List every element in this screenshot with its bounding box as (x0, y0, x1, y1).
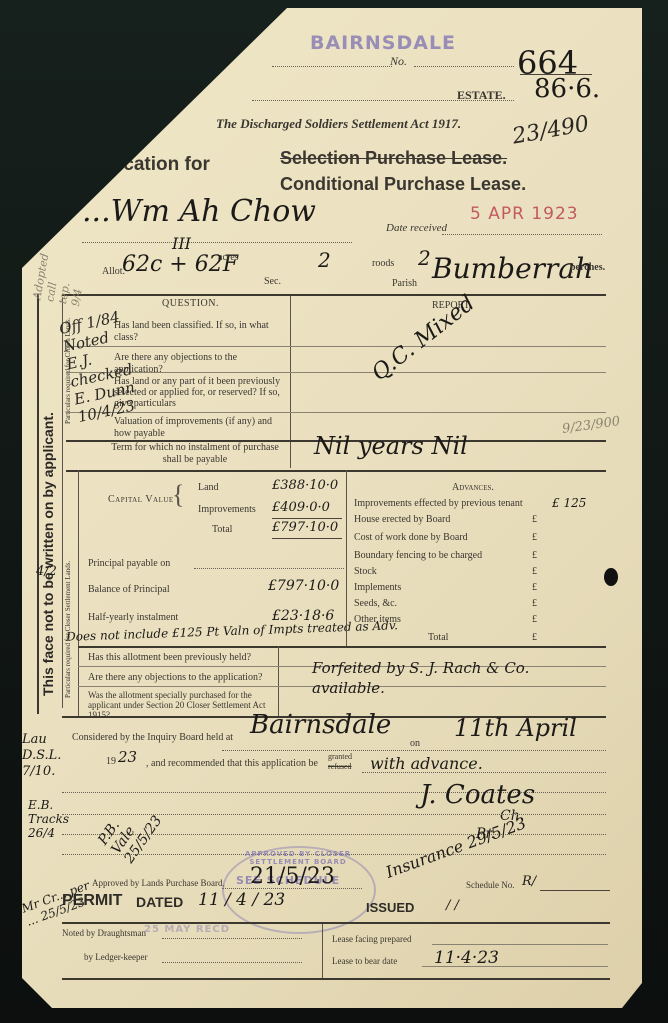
half-yearly-label: Half-yearly instalment (88, 612, 178, 623)
sec-value: III (172, 234, 191, 253)
margin-note-mrcr: Mr Cr... per ... 25/5/23 (20, 875, 105, 929)
advance-label-2: Cost of work done by Board (354, 532, 468, 543)
approved-date: 21/5/23 (250, 864, 335, 889)
advance-label-4: Stock (354, 566, 377, 577)
advance-label-7: Other items (354, 614, 401, 625)
bairnsdale-stamp: BAIRNSDALE (310, 32, 456, 54)
dated-label: DATED (136, 894, 183, 910)
advance-value-7: £ (532, 614, 537, 625)
lease-bear-date-value: 11·4·23 (434, 948, 499, 968)
acres-value: 2 (318, 248, 331, 272)
report-answer-term: Nil years Nil (314, 432, 468, 460)
schedule-value: R/ (522, 874, 536, 889)
no-label: No. (390, 54, 407, 69)
question-row-1: Has land been classified. If so, in what… (114, 320, 286, 344)
approved-label: Approved by Lands Purchase Board, (92, 878, 225, 888)
granted-option: granted (328, 752, 352, 761)
considered-label: Considered by the Inquiry Board held at (72, 732, 233, 743)
advance-value-0: £ 125 (552, 496, 586, 510)
roods-label: roods (372, 258, 394, 269)
perches-label: perches. (570, 262, 605, 273)
total-label: Total (212, 524, 232, 535)
title-main: Conditional Purchase Lease. (280, 174, 526, 195)
title-struck: Selection Purchase Lease. (280, 148, 507, 169)
advances-header: Advances. (452, 482, 494, 493)
land-value: £388·10·0 (272, 478, 338, 493)
recommended-label: , and recommended that this application … (146, 758, 318, 769)
question-row-5: Term for which no instalment of purchase… (102, 442, 288, 466)
balance-value: £797·10·0 (268, 578, 339, 594)
advance-label-6: Seeds, &c. (354, 598, 397, 609)
advances-total-label: Total (428, 632, 448, 643)
sec-label: Sec. (264, 276, 281, 287)
total-value: £797·10·0 (272, 520, 338, 535)
ledger-label: by Ledger-keeper (84, 952, 148, 962)
dated-value: 11 / 4 / 23 (198, 890, 285, 910)
estate-value: 86·6. (534, 74, 600, 104)
advance-value-6: £ (532, 598, 537, 609)
advance-value-5: £ (532, 582, 537, 593)
improvements-label: Improvements (198, 504, 256, 515)
vertical-notice: This face not to be written on by applic… (40, 412, 56, 696)
history-answer: Forfeited by S. J. Rach & Co. available. (312, 658, 532, 698)
advance-value-2: £ (532, 532, 537, 543)
noted-draughtsman-label: Noted by Draughtsman (62, 928, 146, 938)
advance-label-1: House erected by Board (354, 514, 450, 525)
advance-label-5: Implements (354, 582, 401, 593)
inquiry-location: Bairnsdale (250, 710, 391, 740)
objections-label: Are there any objections to the applicat… (88, 672, 262, 683)
acres-label: acres (218, 252, 239, 263)
schedule-label: Schedule No. (466, 880, 515, 890)
date-received-stamp: 5 APR 1923 (470, 204, 579, 224)
margin-initials: 4/2 (36, 564, 57, 579)
issued-label: ISSUED (366, 900, 414, 915)
date-received-label: Date received (386, 222, 447, 234)
advance-value-4: £ (532, 566, 537, 577)
principal-payable-label: Principal payable on (88, 558, 170, 569)
question-row-4: Valuation of improvements (if any) and h… (114, 416, 286, 440)
pencil-margin-note: Adopted call tep. 9/4 (30, 265, 87, 308)
year-value: 23 (118, 748, 137, 766)
report-side-note: 9/23/900 (561, 414, 621, 437)
balance-label: Balance of Principal (88, 584, 170, 595)
issued-value: / / (446, 898, 459, 913)
land-label: Land (198, 482, 219, 493)
inquiry-outcome: with advance. (370, 754, 483, 773)
margin-note-eb: E.B. Tracks 26/4 (28, 798, 72, 840)
advance-label-3: Boundary fencing to be charged (354, 550, 482, 561)
on-label: on (410, 738, 420, 749)
advances-total-value: £ (532, 632, 537, 643)
year-prefix: 19 (106, 756, 116, 767)
capital-value-label: Capital Value (108, 494, 174, 505)
previously-held-label: Has this allotment been previously held? (88, 652, 251, 663)
parish-label: Parish (392, 278, 417, 289)
lease-bear-date-label: Lease to bear date (332, 956, 397, 966)
received-stamp: 25 MAY RECD (144, 924, 230, 935)
insurance-note: Insurance 29/5/23 (383, 813, 528, 881)
advance-value-3: £ (532, 550, 537, 561)
margin-note-lau: Lau D.S.L. 7/10. (22, 732, 62, 780)
board-signature: J. Coates (420, 780, 535, 810)
advance-value-1: £ (532, 514, 537, 525)
file-ref: 23/490 (510, 111, 591, 149)
inquiry-date: 11th April (454, 714, 577, 742)
estate-label: ESTATE. (457, 88, 506, 103)
refused-option: refused (328, 762, 352, 771)
punch-hole (604, 568, 618, 586)
applicant-name: ...Wm Ah Chow (82, 194, 316, 229)
lease-facing-label: Lease facing prepared (332, 934, 411, 944)
question-header: QUESTION. (162, 298, 219, 309)
act-title: The Discharged Soldiers Settlement Act 1… (216, 116, 461, 132)
parish-value: Bumberrah (432, 252, 593, 285)
roods-value: 2 (418, 246, 431, 270)
improvements-value: £409·0·0 (272, 500, 330, 515)
advance-label-0: Improvements effected by previous tenant (354, 498, 523, 509)
